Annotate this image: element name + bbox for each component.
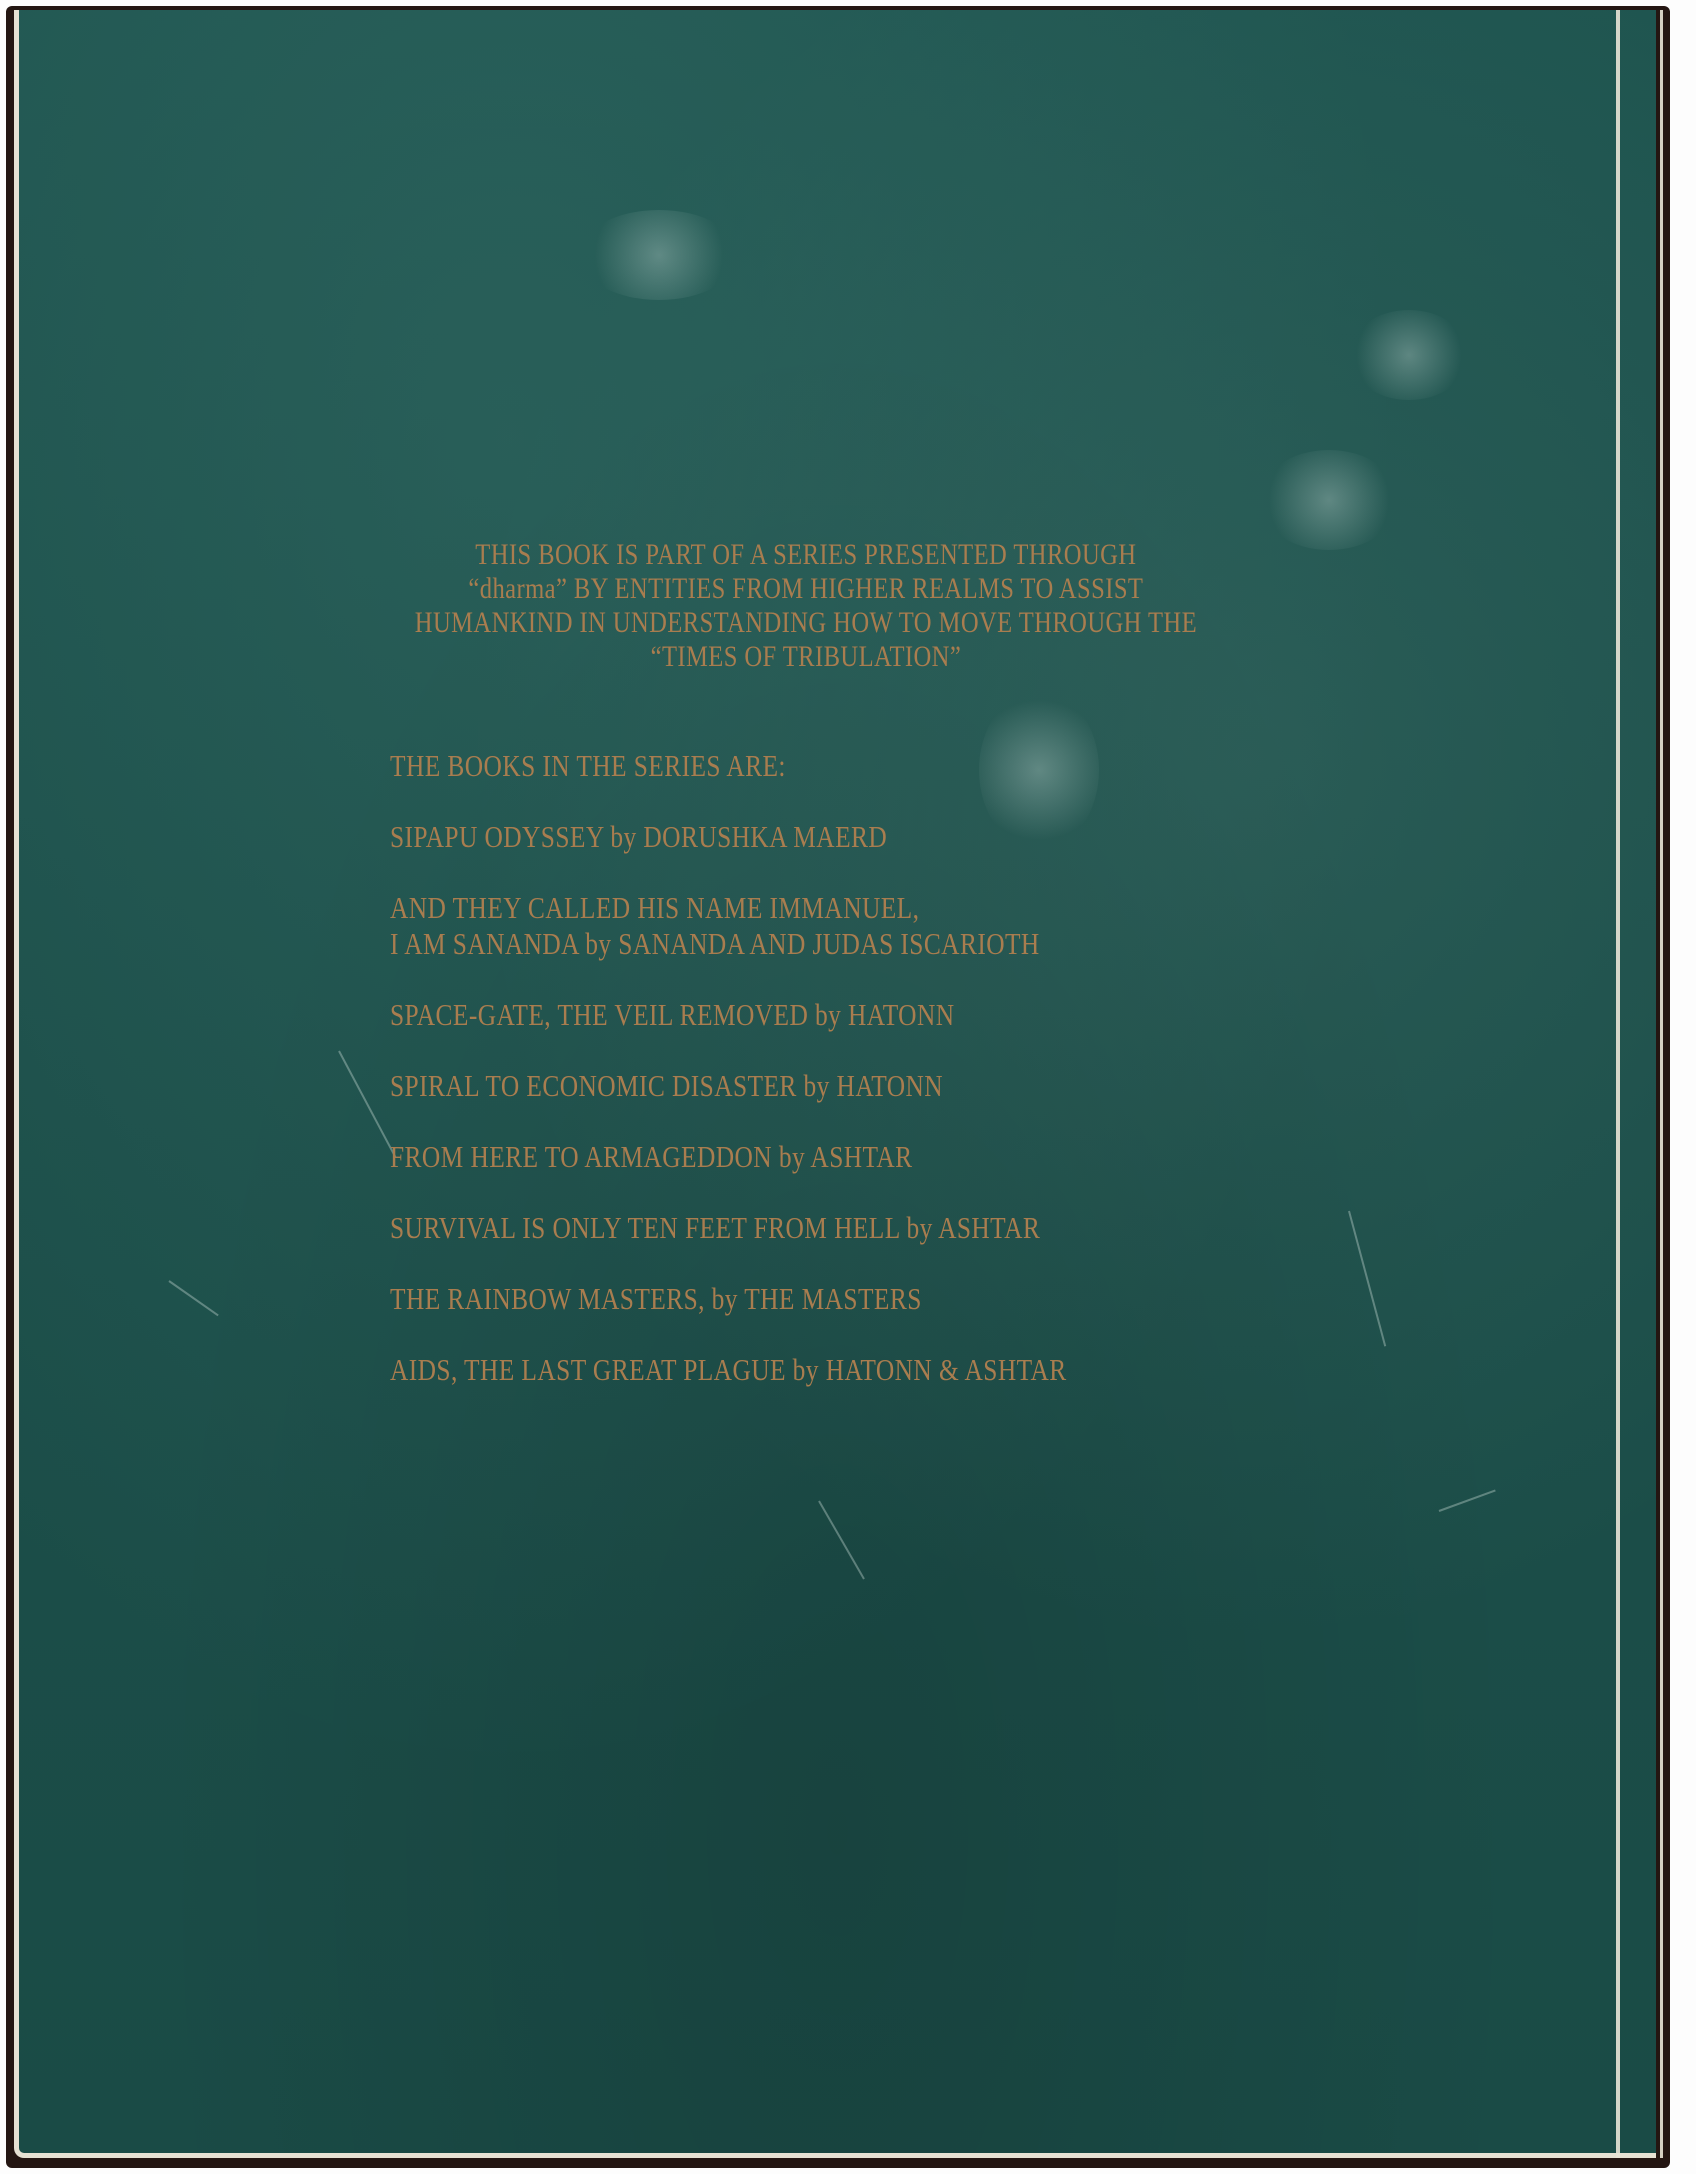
list-item: FROM HERE TO ARMAGEDDON by ASHTAR [390,1139,1067,1175]
intro-line: HUMANKIND IN UNDERSTANDING HOW TO MOVE T… [318,606,1294,640]
list-item: AND THEY CALLED HIS NAME IMMANUEL, I AM … [390,890,1067,962]
intro-line: “dharma” BY ENTITIES FROM HIGHER REALMS … [318,572,1294,606]
list-item: AIDS, THE LAST GREAT PLAGUE by HATONN & … [390,1352,1067,1388]
list-item: SPACE-GATE, THE VEIL REMOVED by HATONN [390,997,1067,1033]
intro-line: THIS BOOK IS PART OF A SERIES PRESENTED … [318,538,1294,572]
scratch-mark [1439,1490,1496,1512]
book-title: SPACE-GATE, THE VEIL REMOVED by HATONN [390,997,1067,1033]
scratch-mark [1348,1211,1386,1347]
book-title: THE RAINBOW MASTERS, by THE MASTERS [390,1281,1067,1317]
list-item: SURVIVAL IS ONLY TEN FEET FROM HELL by A… [390,1210,1067,1246]
book-list: THE BOOKS IN THE SERIES ARE: SIPAPU ODYS… [390,748,1067,1423]
wear-mark [1259,450,1399,550]
spine-crease [1616,10,1620,2158]
intro-line: “TIMES OF TRIBULATION” [318,640,1294,674]
spine-edge [1660,10,1663,2158]
series-heading: THE BOOKS IN THE SERIES ARE: [390,748,1067,784]
book-title: FROM HERE TO ARMAGEDDON by ASHTAR [390,1139,1067,1175]
scratch-mark [338,1051,396,1158]
book-title-continued: I AM SANANDA by SANANDA AND JUDAS ISCARI… [390,926,1067,962]
book-title: SPIRAL TO ECONOMIC DISASTER by HATONN [390,1068,1067,1104]
book-title: AND THEY CALLED HIS NAME IMMANUEL, [390,890,1067,926]
book-title: SIPAPU ODYSSEY by DORUSHKA MAERD [390,819,1067,855]
list-item: SIPAPU ODYSSEY by DORUSHKA MAERD [390,819,1067,855]
wear-mark [579,210,739,300]
list-item: THE RAINBOW MASTERS, by THE MASTERS [390,1281,1067,1317]
scratch-mark [818,1501,865,1580]
wear-mark [1349,310,1469,400]
series-intro: THIS BOOK IS PART OF A SERIES PRESENTED … [318,538,1294,674]
list-item: SPIRAL TO ECONOMIC DISASTER by HATONN [390,1068,1067,1104]
book-title: SURVIVAL IS ONLY TEN FEET FROM HELL by A… [390,1210,1067,1246]
book-title: AIDS, THE LAST GREAT PLAGUE by HATONN & … [390,1352,1067,1388]
scratch-mark [168,1280,218,1316]
